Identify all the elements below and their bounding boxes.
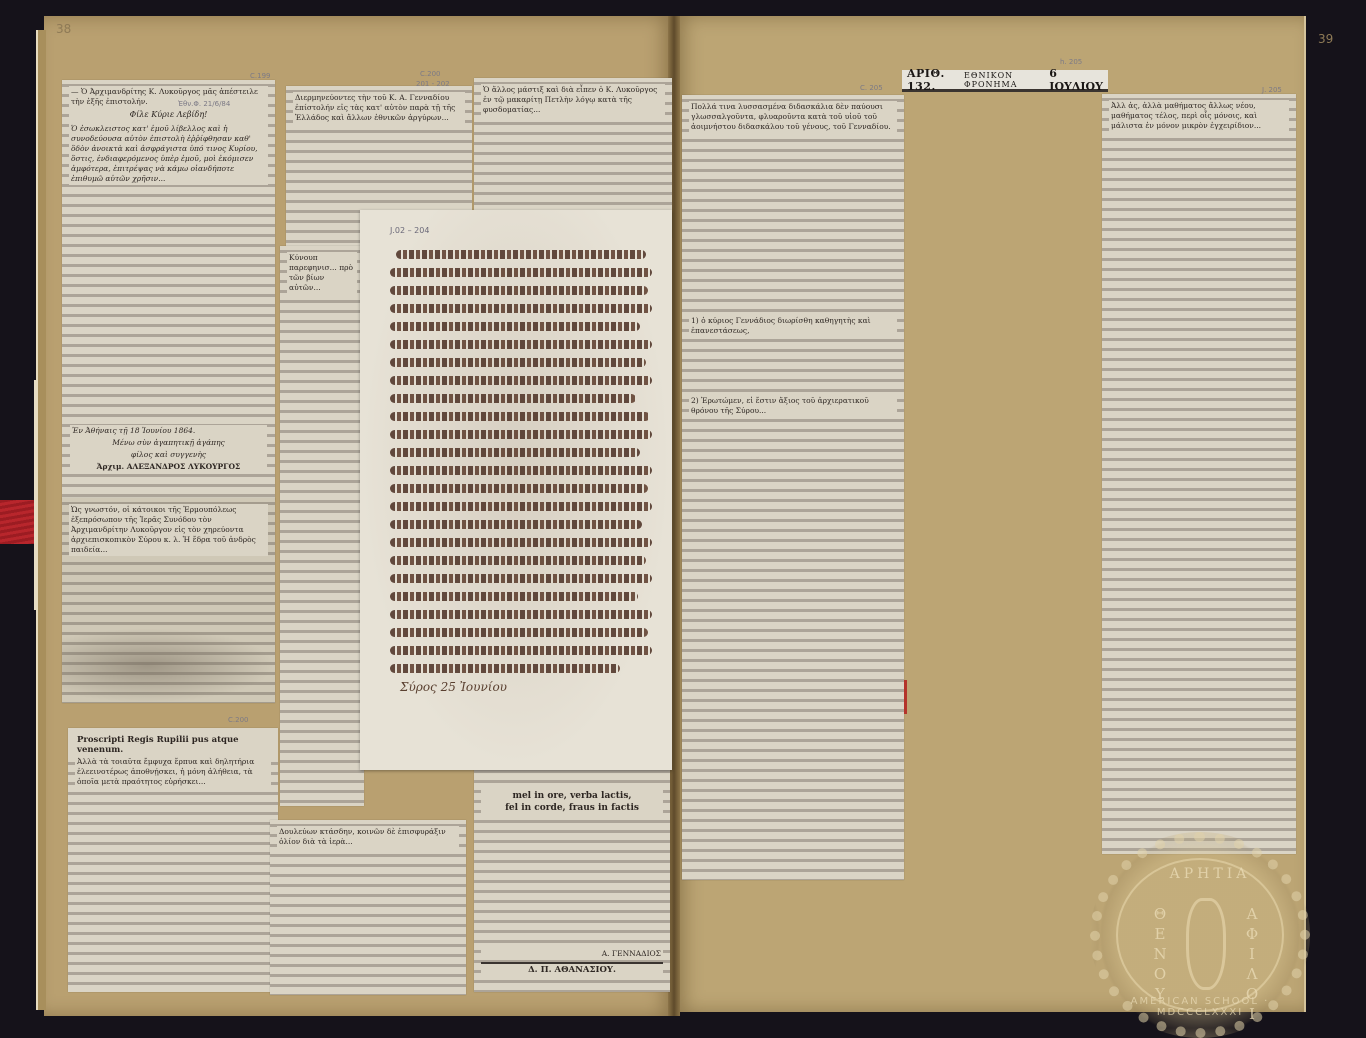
closing-line: Μένω σὺν ἀγαπητικῇ ἀγάπης	[70, 437, 267, 449]
page-number-right: 39	[1318, 32, 1333, 46]
clipping-bottom-middle: Δουλεύων κτάσδην, κοινῶν δὲ ἐπισφυράξιν …	[270, 820, 466, 995]
letter-dateline: Σύρος 25 Ἰουνίου	[400, 680, 507, 694]
closing-line-2: φίλος καὶ συγγενὴς	[70, 449, 267, 461]
seal-outer-text: AMERICAN SCHOOL · MDCCCLXXXI	[1100, 996, 1300, 1018]
clipping-body: Δουλεύων κτάσδην, κοινῶν δὲ ἐπισφυράξιν …	[277, 826, 459, 848]
library-seal-stamp: ΑΡΗΤΙΑ ΘΕΝΟΥ ΑΦΙΛΟΙ AMERICAN SCHOOL · MD…	[1090, 832, 1310, 1038]
pencil-date: Ἐθν.Φ. 21/6/84	[178, 100, 230, 108]
clipping-body: Διερμηνεύοντες τὴν τοῦ Κ. Α. Γενναδίου ἐ…	[293, 92, 465, 124]
latin-quote-2: fel in corde, fraus in factis	[481, 802, 663, 814]
printer-footer: Δ. Π. ΑΘΑΝΑΣΙΟΥ.	[481, 964, 663, 976]
pencil-ref: C.200	[420, 70, 440, 78]
pencil-ref: C. 205	[860, 84, 883, 92]
clipping-body: Πολλά τινα λυσσασμένα διδασκάλια δὲν παύ…	[689, 101, 897, 133]
signature: Ἀρχιμ. ΑΛΕΞΑΝΔΡΟΣ ΛΥΚΟΥΡΓΟΣ	[70, 461, 267, 473]
pencil-ref: J. 205	[1262, 86, 1282, 94]
page-number-left: 38	[56, 22, 71, 36]
clipping-body: Κύνουπ παρεφηνισ... πρὸ τῶν βίων αὐτῶν..…	[287, 252, 357, 294]
issue-date: 6 ΙΟΥΛΙΟΥ	[1049, 67, 1103, 93]
clipping-body: Ἀλλὰ τὰ τοιαῦτα ἔμφυχα ἔρπυα καὶ δηλητήρ…	[75, 756, 271, 788]
ribbon-bookmark[interactable]	[0, 500, 34, 544]
pencil-ref-2: 201 - 202	[416, 80, 450, 88]
clipping-body: Ὡς γνωστόν, οἱ κάτοικοι τῆς Ἑρμουπόλεως …	[69, 504, 268, 556]
clipping-body: Ἀλλ ἀς, ἀλλὰ μαθήματος ἄλλως νέου, μαθήμ…	[1109, 100, 1289, 132]
archive-number: J.02 – 204	[390, 226, 429, 235]
clipping-gennadios-defense: Πολλά τινα λυσσασμένα διδασκάλια δὲν παύ…	[682, 95, 904, 880]
list-item-1: 1) ὁ κύριος Γεννάδιος διωρίσθη καθηγητὴς…	[689, 315, 897, 337]
clipping-continuation: Ἀλλ ἀς, ἀλλὰ μαθήματος ἄλλως νέου, μαθήμ…	[1102, 94, 1296, 854]
pencil-ref: h. 205	[1060, 58, 1082, 66]
seal-letters-left: ΘΕΝΟΥ	[1148, 904, 1172, 1004]
latin-quote-1: mel in ore, verba lactis,	[481, 790, 663, 802]
clipping-heading: Proscripti Regis Rupilii pus atque venen…	[75, 734, 271, 756]
salutation: Φίλε Κύριε Λεβίδη!	[69, 110, 268, 120]
signature: Α. ΓΕΝΝΑΔΙΟΣ	[481, 948, 663, 960]
clipping-proscripti: Proscripti Regis Rupilii pus atque venen…	[68, 728, 278, 992]
clipping-body: Ὁ ἄλλος μάστιξ καὶ διὰ εἶπεν ὁ Κ. Λυκοῦρ…	[481, 84, 665, 116]
issue-number: ΑΡΙΘ. 132.	[907, 67, 964, 93]
dateline: Ἐν Ἀθήναις τῇ 18 Ἰουνίου 1864.	[70, 425, 267, 437]
red-pencil-mark	[904, 680, 907, 714]
seal-top-text: ΑΡΗΤΙΑ	[1160, 866, 1260, 882]
handwritten-letter: J.02 – 204 Σύρος 25 Ἰουνίου	[360, 210, 672, 770]
binding-thread	[34, 380, 36, 610]
newspaper-masthead: ΑΡΙΘ. 132. ΕΘΝΙΚΟΝ ΦΡΟΝΗΜΑ 6 ΙΟΥΛΙΟΥ	[902, 70, 1108, 92]
clipping-narrow-column: Κύνουπ παρεφηνισ... πρὸ τῶν βίων αὐτῶν..…	[280, 246, 364, 806]
amphora-icon	[1186, 898, 1226, 990]
pencil-ref: C.199	[250, 72, 270, 80]
clipping-intro: — Ὁ Ἀρχιμανδρίτης Κ. Λυκοῦργος μᾶς ἀπέστ…	[69, 86, 268, 108]
list-item-2: 2) Ἐρωτώμεν, εἰ ἔστιν ἄξιος τοῦ ἀρχιερατ…	[689, 395, 897, 417]
pencil-ref: C.200	[228, 716, 248, 724]
clipping-body: Ὁ ἐσωκλειστος κατ' ἐμοῦ λίβελλος καὶ ἡ σ…	[69, 123, 268, 185]
clipping-lykourgos-letter: — Ὁ Ἀρχιμανδρίτης Κ. Λυκοῦργος μᾶς ἀπέστ…	[62, 80, 275, 500]
clipping-hermoupolis: Ὡς γνωστόν, οἱ κάτοικοι τῆς Ἑρμουπόλεως …	[62, 498, 275, 703]
newspaper-title: ΕΘΝΙΚΟΝ ΦΡΟΝΗΜΑ	[964, 71, 1049, 89]
